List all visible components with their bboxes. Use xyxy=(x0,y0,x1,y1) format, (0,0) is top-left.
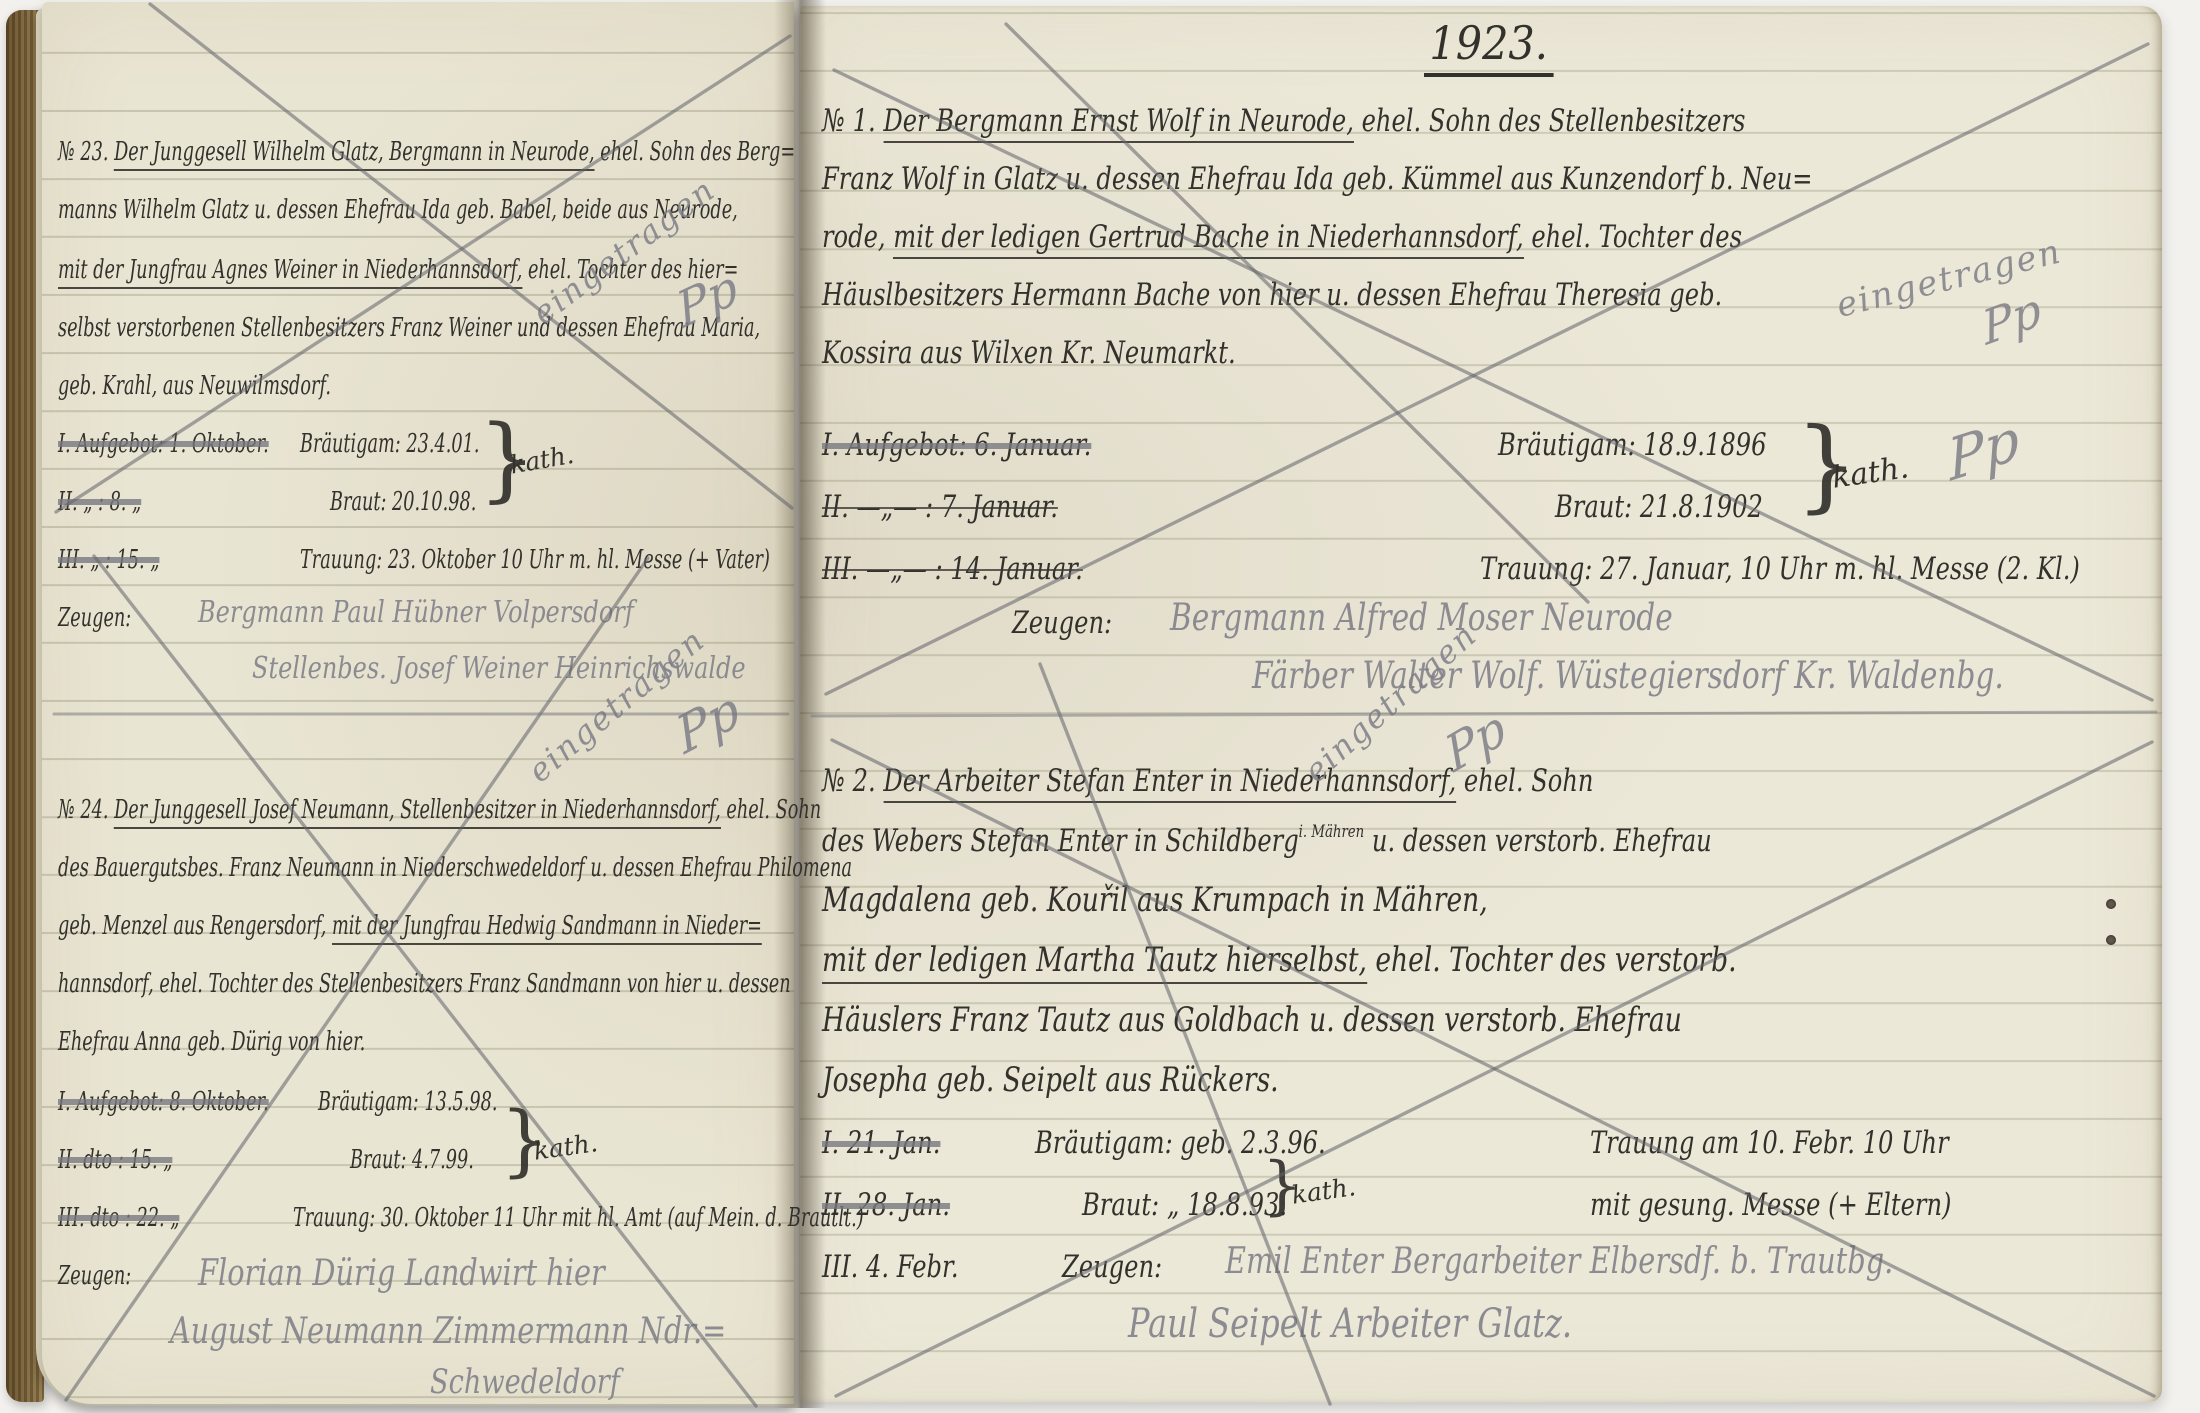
punch-hole-top xyxy=(2106,899,2116,909)
entry1-line2: Franz Wolf in Glatz u. dessen Ehefrau Id… xyxy=(822,162,1813,196)
entry1-bride-birthdate: Braut: 21.8.1902 xyxy=(1555,490,1763,524)
entry24-aufgebot-3: III. dto : 22. „ xyxy=(58,1204,179,1233)
entry24-aufgebot-1: I. Aufgebot: 8. Oktober. xyxy=(58,1088,269,1117)
entry1-aufgebot-3: III. —„— : 14. Januar. xyxy=(822,552,1083,586)
entry2-line2: des Webers Stefan Enter in Schildbergi. … xyxy=(822,824,1712,858)
entry23-aufgebot-3: III. „ : 15. „ xyxy=(58,546,159,575)
entry23-line4: selbst verstorbenen Stellenbesitzers Fra… xyxy=(58,314,760,343)
entry23-number: № 23. xyxy=(58,137,114,167)
entry23-zeugen-label: Zeugen: xyxy=(58,604,131,633)
entry24-witness-2: August Neumann Zimmermann Ndr.= xyxy=(170,1312,726,1352)
entry1-groom-name: Der Bergmann Ernst Wolf in Neurode, xyxy=(883,103,1354,143)
punch-hole-bottom xyxy=(2106,935,2116,945)
entry2-bride-birthdate: Braut: „ 18.8.93. xyxy=(1082,1188,1287,1222)
entry2-aufgebot-3: III. 4. Febr. xyxy=(822,1250,959,1284)
entry23-witness-1: Bergmann Paul Hübner Volpersdorf xyxy=(198,596,634,629)
entry23-wedding-date: Trauung: 23. Oktober 10 Uhr m. hl. Messe… xyxy=(300,546,770,575)
entry24-line2: des Bauergutsbes. Franz Neumann in Niede… xyxy=(58,854,852,883)
entry24-bride-birthdate: Braut: 4.7.99. xyxy=(350,1146,474,1175)
entry24-line3-pre: geb. Menzel aus Rengersdorf, xyxy=(58,911,332,941)
register-book-spread: 1923. № 23. Der Junggesell Wilhelm Glatz… xyxy=(0,0,2200,1413)
entry23-line5: geb. Krahl, aus Neuwilmsdorf. xyxy=(58,372,331,401)
entry23-line1-rest: ehel. Sohn des Berg= xyxy=(595,137,795,167)
entry24-line5: Ehefrau Anna geb. Dürig von hier. xyxy=(58,1028,365,1057)
book-gutter-crease xyxy=(774,0,826,1408)
entry24-bride-name: mit der Jungfrau Hedwig Sandmann in Nied… xyxy=(332,911,762,945)
entry24-number: № 24. xyxy=(58,795,114,825)
entry24-witness-2-cont: Schwedeldorf xyxy=(430,1364,620,1401)
entry2-line4-rest: ehel. Tochter des verstorb. xyxy=(1367,940,1737,980)
entry1-number: № 1. xyxy=(822,103,883,139)
entry1-line4: Häuslbesitzers Hermann Bache von hier u.… xyxy=(822,278,1722,312)
entry23-groom-birthdate: Bräutigam: 23.4.01. xyxy=(300,430,479,459)
entry24-line1-rest: ehel. Sohn xyxy=(721,795,821,825)
entry2-line2-pre: des Webers Stefan Enter in Schildberg xyxy=(822,823,1299,859)
entry23-line1: № 23. Der Junggesell Wilhelm Glatz, Berg… xyxy=(58,138,795,167)
entry23-aufgebot-1: I. Aufgebot: 1. Oktober. xyxy=(58,430,269,459)
entry24-zeugen-label: Zeugen: xyxy=(58,1262,131,1291)
entry1-groom-birthdate: Bräutigam: 18.9.1896 xyxy=(1498,428,1766,462)
entry1-line5: Kossira aus Wilxen Kr. Neumarkt. xyxy=(822,336,1236,370)
entry24-witness-1: Florian Dürig Landwirt hier xyxy=(198,1254,605,1294)
entry1-line1: № 1. Der Bergmann Ernst Wolf in Neurode,… xyxy=(822,104,1745,138)
entry23-bride-name: mit der Jungfrau Agnes Weiner in Niederh… xyxy=(58,255,522,289)
entry1-aufgebot-2: II. —„— : 7. Januar. xyxy=(822,490,1058,524)
entry23-aufgebot-2: II. „ : 8. „ xyxy=(58,488,141,517)
entry1-line1-rest: ehel. Sohn des Stellenbesitzers xyxy=(1354,103,1745,139)
entry2-line3: Magdalena geb. Kouřil aus Krumpach in Mä… xyxy=(822,882,1488,919)
entry2-number: № 2. xyxy=(822,763,883,799)
entry2-line4: mit der ledigen Martha Tautz hierselbst,… xyxy=(822,942,1737,979)
entry2-line6: Josepha geb. Seipelt aus Rückers. xyxy=(822,1062,1279,1099)
entry23-groom-name: Der Junggesell Wilhelm Glatz, Bergmann i… xyxy=(114,137,595,171)
entry24-line3: geb. Menzel aus Rengersdorf, mit der Jun… xyxy=(58,912,762,941)
entry1-line3-rest: ehel. Tochter des xyxy=(1524,219,1742,255)
entry2-aufgebot-2: II. 28. Jan. xyxy=(822,1188,950,1222)
entry24-groom-birthdate: Bräutigam: 13.5.98. xyxy=(318,1088,497,1117)
entry24-aufgebot-2: II. dto : 15. „ xyxy=(58,1146,172,1175)
right-page xyxy=(800,6,2162,1402)
entry2-line2-rest: u. dessen verstorb. Ehefrau xyxy=(1364,823,1711,859)
entry23-bride-birthdate: Braut: 20.10.98. xyxy=(330,488,476,517)
entry1-wedding-date: Trauung: 27. Januar, 10 Uhr m. hl. Messe… xyxy=(1480,552,2080,586)
entry2-zeugen-label: Zeugen: xyxy=(1062,1250,1162,1284)
entry24-line4: hannsdorf, ehel. Tochter des Stellenbesi… xyxy=(58,970,791,999)
entry24-groom-name: Der Junggesell Josef Neumann, Stellenbes… xyxy=(114,795,721,829)
entry2-wedding-date: Trauung am 10. Febr. 10 Uhr xyxy=(1590,1126,1949,1160)
entry2-insertion-maehren: i. Mähren xyxy=(1299,822,1365,842)
entry1-aufgebot-1: I. Aufgebot: 6. Januar. xyxy=(822,428,1091,462)
entry24-wedding-date: Trauung: 30. Oktober 11 Uhr mit hl. Amt … xyxy=(293,1204,864,1233)
entry1-witness-2: Färber Walter Wolf. Wüstegiersdorf Kr. W… xyxy=(1252,656,2004,697)
entry1-zeugen-label: Zeugen: xyxy=(1012,606,1112,640)
entry1-witness-1: Bergmann Alfred Moser Neurode xyxy=(1170,598,1673,639)
entry24-line1: № 24. Der Junggesell Josef Neumann, Stel… xyxy=(58,796,821,825)
entry2-aufgebot-1: I. 21. Jan. xyxy=(822,1126,940,1160)
year-heading: 1923. xyxy=(1424,18,1553,77)
entry1-line3-pre: rode, xyxy=(822,219,893,255)
entry2-witness-1: Emil Enter Bergarbeiter Elbersdf. b. Tra… xyxy=(1225,1242,1893,1282)
entry1-bride-name: mit der ledigen Gertrud Bache in Niederh… xyxy=(893,219,1523,259)
entry2-witness-2: Paul Seipelt Arbeiter Glatz. xyxy=(1128,1302,1572,1346)
entry2-wedding-mass-note: mit gesung. Messe (+ Eltern) xyxy=(1590,1188,1952,1222)
entry2-line5: Häuslers Franz Tautz aus Goldbach u. des… xyxy=(822,1002,1682,1039)
entry1-line3: rode, mit der ledigen Gertrud Bache in N… xyxy=(822,220,1742,254)
entry2-bride-name: mit der ledigen Martha Tautz hierselbst, xyxy=(822,940,1367,984)
entry2-groom-name: Der Arbeiter Stefan Enter in Niederhanns… xyxy=(883,763,1456,803)
